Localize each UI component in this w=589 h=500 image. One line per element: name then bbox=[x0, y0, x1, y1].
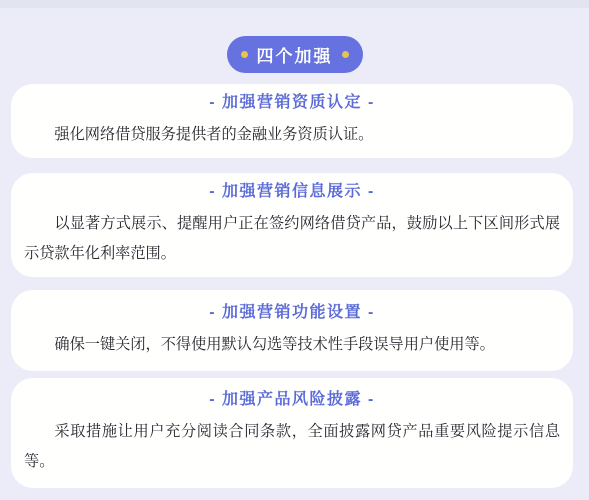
section-badge-label: 四个加强 bbox=[257, 42, 333, 67]
section-badge: 四个加强 bbox=[227, 36, 363, 73]
card-body: 确保一键关闭，不得使用默认勾选等技术性手段误导用户使用等。 bbox=[24, 330, 560, 360]
dot-icon bbox=[342, 51, 349, 58]
card-title: - 加强产品风险披露 - bbox=[24, 389, 560, 411]
top-strip bbox=[0, 0, 589, 8]
info-card: - 加强营销资质认定 - 强化网络借贷服务提供者的金融业务资质认证。 bbox=[11, 84, 573, 158]
dot-icon bbox=[241, 51, 248, 58]
info-card: - 加强营销信息展示 - 以显著方式展示、提醒用户正在签约网络借贷产品，鼓励以上… bbox=[11, 173, 573, 277]
card-title: - 加强营销功能设置 - bbox=[24, 302, 560, 324]
infographic-page: 四个加强 - 加强营销资质认定 - 强化网络借贷服务提供者的金融业务资质认证。 … bbox=[0, 0, 589, 500]
card-body: 采取措施让用户充分阅读合同条款，全面披露网贷产品重要风险提示信息等。 bbox=[24, 417, 560, 477]
card-body: 强化网络借贷服务提供者的金融业务资质认证。 bbox=[24, 120, 560, 150]
card-list: - 加强营销资质认定 - 强化网络借贷服务提供者的金融业务资质认证。 - 加强营… bbox=[11, 84, 573, 488]
info-card: - 加强产品风险披露 - 采取措施让用户充分阅读合同条款，全面披露网贷产品重要风… bbox=[11, 378, 573, 488]
info-card: - 加强营销功能设置 - 确保一键关闭，不得使用默认勾选等技术性手段误导用户使用… bbox=[11, 290, 573, 371]
card-title: - 加强营销资质认定 - bbox=[24, 92, 560, 114]
card-title: - 加强营销信息展示 - bbox=[24, 181, 560, 203]
card-body: 以显著方式展示、提醒用户正在签约网络借贷产品，鼓励以上下区间形式展示贷款年化利率… bbox=[24, 209, 560, 269]
